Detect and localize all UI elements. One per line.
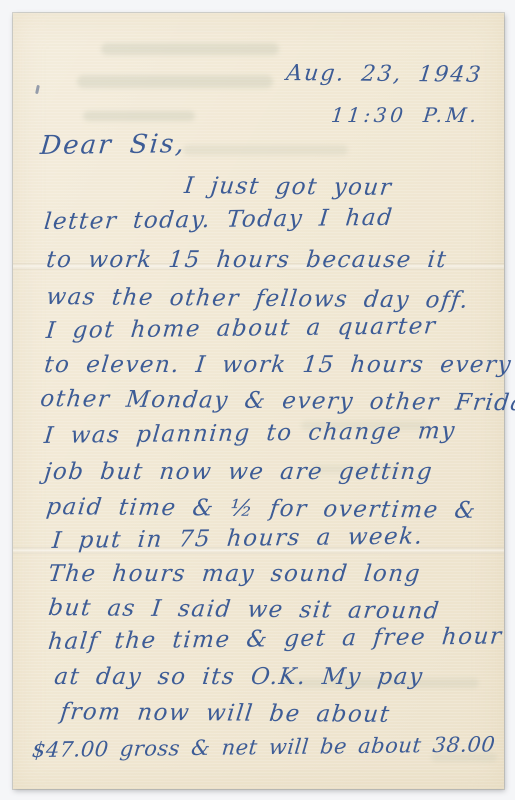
letter-line-16: from now will be about (59, 699, 392, 728)
letter-salutation: Dear Sis, (39, 129, 187, 161)
bleed-through-ghost (83, 111, 195, 121)
scanned-letter-photo: Aug. 23, 1943 11:30 P.M. Dear Sis, I jus… (0, 0, 515, 800)
bleed-through-ghost (101, 43, 279, 55)
letter-paper: Aug. 23, 1943 11:30 P.M. Dear Sis, I jus… (13, 13, 504, 789)
letter-line-7: other Monday & every other Friday. (39, 386, 515, 416)
letter-line-15: at day so its O.K. My pay (53, 664, 425, 690)
letter-line-10: paid time & ½ for overtime & (45, 494, 478, 524)
letter-line-11: I put in 75 hours a week. (51, 523, 425, 554)
ink-speck (35, 85, 40, 94)
letter-line-4: was the other fellows day off. (45, 284, 470, 314)
letter-time: 11:30 P.M. (330, 103, 481, 127)
letter-date: Aug. 23, 1943 (285, 61, 484, 88)
letter-line-5: I got home about a quarter (45, 313, 438, 344)
letter-line-6: to eleven. I work 15 hours every (43, 352, 513, 378)
letter-line-12: The hours may sound long (47, 561, 422, 587)
letter-line-9: job but now we are getting (43, 459, 434, 485)
letter-line-1: I just got your (183, 173, 394, 201)
letter-line-8: I was planning to change my (43, 418, 457, 449)
letter-line-14: half the time & get a free hour (47, 623, 504, 655)
letter-line-2: letter today. Today I had (43, 205, 395, 235)
bleed-through-ghost (183, 145, 348, 155)
bleed-through-ghost (77, 75, 273, 88)
letter-line-13: but as I said we sit around (47, 595, 442, 624)
letter-line-17: $47.00 gross & net will be about 38.00 (31, 732, 496, 762)
letter-line-3: to work 15 hours because it (45, 247, 449, 273)
